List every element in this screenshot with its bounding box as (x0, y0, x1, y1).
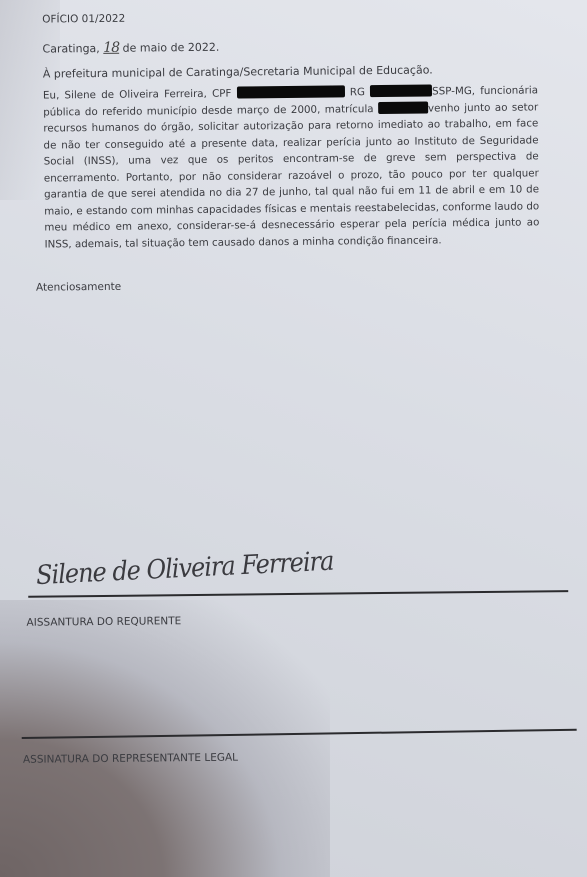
body-paragraph: Eu, Silene de Oliveira Ferreira, CPF RG … (43, 82, 540, 252)
text: pública do referido município desde març… (43, 103, 378, 119)
date-rest: de maio de 2022. (123, 41, 220, 55)
signature-label-applicant: AISSANTURA DO REQURENTE (26, 615, 181, 629)
document-page: OFÍCIO 01/2022 Caratinga, 18 de maio de … (0, 0, 587, 877)
text: Eu, Silene de Oliveira Ferreira, CPF (43, 88, 237, 102)
document-date: Caratinga, 18 de maio de 2022. (42, 39, 219, 57)
text: SSP-MG, funcionária (432, 84, 538, 97)
signature-line-legal-rep (22, 729, 577, 739)
redacted-cpf (237, 85, 345, 98)
signature-label-legal-rep: ASSINATURA DO REPRESENTANTE LEGAL (23, 752, 238, 766)
document-header: OFÍCIO 01/2022 (42, 13, 125, 26)
redacted-rg (370, 84, 432, 97)
redacted-matricula (378, 101, 428, 114)
document-recipient: À prefeitura municipal de Caratinga/Secr… (43, 63, 433, 80)
text: RG (345, 86, 371, 98)
date-day-handwritten: 18 (103, 40, 119, 56)
signature-line-applicant (28, 590, 568, 597)
handwritten-signature: Silene de Oliveira Ferreira (35, 545, 333, 590)
text: venho junto ao setor (428, 101, 538, 114)
date-city: Caratinga, (42, 42, 99, 56)
closing-text: Atenciosamente (36, 281, 121, 294)
